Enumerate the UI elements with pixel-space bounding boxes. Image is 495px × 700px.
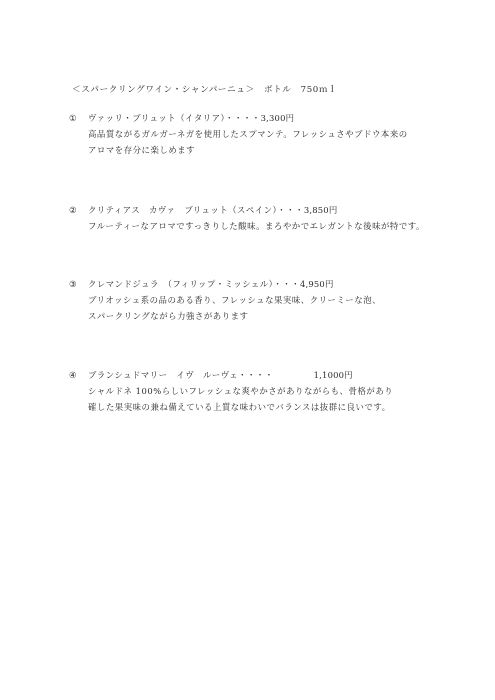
item-number: ④ <box>69 367 88 383</box>
wine-description: シャルドネ 100%らしいフレッシュな爽やかさがありながらも、骨格があり 確した… <box>69 383 393 415</box>
wine-title-row: ② クリティアス カヴァ ブリュット（スペイン）・・・ 3,850円 <box>69 202 425 218</box>
wine-title-row: ④ ブランシュドマリー イヴ ルーヴェ・・・・ 1,1000円 <box>69 367 393 383</box>
wine-item: ② クリティアス カヴァ ブリュット（スペイン）・・・ 3,850円 フルーティ… <box>69 202 425 234</box>
description-line: ブリオッシュ系の品のある香り、フレッシュな果実味、クリーミーな泡、 <box>88 292 381 308</box>
description-line: シャルドネ 100%らしいフレッシュな爽やかさがありながらも、骨格があり <box>88 383 393 399</box>
category-title: ＜スパークリングワイン・シャンパーニュ＞ <box>72 85 255 95</box>
description-line: 確した果実味の兼ね備えている上質な味わいでバランスは抜群に良いです。 <box>88 399 393 415</box>
wine-price: 3,300円 <box>261 110 295 126</box>
item-number: ① <box>69 110 88 126</box>
description-line: アロマを存分に楽しめます <box>88 142 408 158</box>
wine-name: ブランシュドマリー イヴ ルーヴェ・・・・ <box>88 367 274 383</box>
wine-title-row: ③ クレマンドジュラ （フィリップ・ミッシェル）・・・ 4,950円 <box>69 276 381 292</box>
wine-price: 4,950円 <box>300 276 334 292</box>
item-number: ② <box>69 202 88 218</box>
wine-item: ③ クレマンドジュラ （フィリップ・ミッシェル）・・・ 4,950円 ブリオッシ… <box>69 276 381 324</box>
description-line: フルーティーなアロマですっきりした酸味。まろやかでエレガントな後味が特です。 <box>88 218 425 234</box>
description-line: スパークリングながら力強さがあります <box>88 308 381 324</box>
heading-spacer <box>255 85 264 95</box>
wine-title-row: ① ヴァッリ・ブリュット（イタリア）・・・・ 3,300円 <box>69 110 408 126</box>
wine-name: クレマンドジュラ （フィリップ・ミッシェル）・・・ <box>88 276 300 292</box>
description-line: 高品質ながるガルガーネガを使用したスプマンテ。フレッシュさやブドウ本来の <box>88 126 408 142</box>
bottle-size: ボトル 750ｍｌ <box>264 85 337 95</box>
wine-name: クリティアス カヴァ ブリュット（スペイン）・・・ <box>88 202 304 218</box>
wine-description: 高品質ながるガルガーネガを使用したスプマンテ。フレッシュさやブドウ本来の アロマ… <box>69 126 408 158</box>
wine-item: ④ ブランシュドマリー イヴ ルーヴェ・・・・ 1,1000円 シャルドネ 10… <box>69 367 393 415</box>
menu-section-heading: ＜スパークリングワイン・シャンパーニュ＞ ボトル 750ｍｌ <box>72 83 337 95</box>
wine-item: ① ヴァッリ・ブリュット（イタリア）・・・・ 3,300円 高品質ながるガルガー… <box>69 110 408 158</box>
wine-description: フルーティーなアロマですっきりした酸味。まろやかでエレガントな後味が特です。 <box>69 218 425 234</box>
wine-price: 1,1000円 <box>314 367 353 383</box>
item-number: ③ <box>69 276 88 292</box>
wine-name: ヴァッリ・ブリュット（イタリア）・・・・ <box>88 110 261 126</box>
wine-description: ブリオッシュ系の品のある香り、フレッシュな果実味、クリーミーな泡、 スパークリン… <box>69 292 381 324</box>
wine-price: 3,850円 <box>304 202 338 218</box>
document-page: ＜スパークリングワイン・シャンパーニュ＞ ボトル 750ｍｌ ① ヴァッリ・ブリ… <box>0 0 495 700</box>
